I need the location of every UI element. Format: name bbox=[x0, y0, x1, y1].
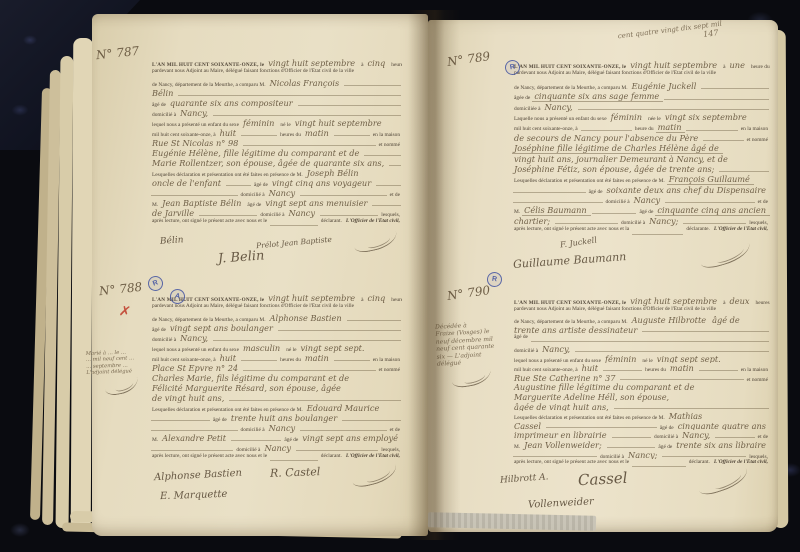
printed-text: né le bbox=[640, 358, 654, 364]
handwritten-text: vingt huit septembre bbox=[628, 60, 721, 70]
blank-rule bbox=[178, 93, 401, 96]
acte-line: M.Jean Baptiste Bélinâgé devingt sept an… bbox=[150, 198, 402, 208]
blank-rule bbox=[296, 448, 378, 451]
blank-rule bbox=[389, 163, 401, 166]
acte-line: domicilié àNancy, bbox=[150, 333, 402, 343]
printed-text: domicilié à bbox=[150, 112, 178, 118]
printed-text: heure du bbox=[749, 64, 770, 70]
acte-line: Augustine fille légitime du comparant et… bbox=[512, 382, 770, 392]
handwritten-text: Augustine fille légitime du comparant et… bbox=[512, 382, 698, 392]
handwritten-text: matin bbox=[656, 122, 686, 132]
signature: Vollenweider bbox=[528, 496, 594, 510]
handwritten-text: de Jarville bbox=[150, 208, 198, 218]
acte-line: Marguerite Adeline Héll, son épouse, bbox=[512, 392, 770, 402]
handwritten-text: vingt huit septembre bbox=[628, 296, 721, 306]
printed-text: âgé de bbox=[211, 417, 229, 423]
printed-text: déclarant. bbox=[319, 218, 344, 224]
printed-text: L'Officier de l'État civil, bbox=[344, 453, 402, 459]
printed-text: M. bbox=[512, 209, 522, 215]
acte-line: de Nancy, département de la Meurthe, a c… bbox=[512, 81, 770, 91]
handwritten-text: Bélin bbox=[150, 88, 177, 98]
acte-line: âgé desoixante deux ans chef du Dispensa… bbox=[512, 185, 770, 195]
acte-line: Rue Ste Catherine n° 37et nommé bbox=[512, 373, 770, 383]
handwritten-text: Jean Baptiste Bélin bbox=[160, 198, 245, 208]
acte-line: âgée decinquante six ans sage femme bbox=[512, 91, 770, 101]
acte-line: Eugénie Hélène, fille légitime du compar… bbox=[150, 148, 402, 158]
handwritten-text: Nancy bbox=[267, 423, 300, 433]
handwritten-text: Félicité Marguerite Résard, son épouse, … bbox=[150, 383, 345, 393]
acte-line: Rue St Nicolas n° 98et nommé bbox=[150, 138, 402, 148]
printed-text: et de bbox=[388, 192, 402, 198]
printed-text: L'Officier de l'État civil, bbox=[712, 226, 770, 232]
blank-rule bbox=[231, 438, 281, 441]
printed-text: après lecture, ont signé le présent acte… bbox=[512, 459, 631, 465]
blank-rule bbox=[555, 221, 618, 224]
signature-paraphe bbox=[353, 232, 399, 255]
handwritten-text: vingt sept ans menuisier bbox=[263, 198, 371, 208]
acte-line: pardevant nous Adjoint au Maire, délégué… bbox=[512, 70, 770, 80]
handwritten-text: quarante six ans compositeur bbox=[168, 98, 297, 108]
acte-line: Laquelle nous a présenté un enfant du se… bbox=[512, 112, 770, 122]
blank-rule bbox=[298, 103, 401, 106]
signature: Hilbrott A. bbox=[500, 472, 549, 485]
handwritten-text: Nancy, bbox=[178, 108, 212, 118]
book-scan: cent quatre vingt dix sept mil 147 L'AN … bbox=[0, 0, 800, 552]
acte-line: Joséphine Fétiz, son épouse, âgée de tre… bbox=[512, 164, 770, 174]
signature-paraphe bbox=[351, 465, 399, 490]
printed-text: pardevant nous Adjoint au Maire, délégué… bbox=[512, 70, 718, 76]
signature: Guillaume Baumann bbox=[513, 250, 627, 271]
handwritten-text: de vingt huit ans, bbox=[150, 393, 228, 403]
handwritten-text: cinq bbox=[366, 293, 390, 303]
blank-rule bbox=[701, 86, 769, 89]
handwritten-text: Rue St Nicolas n° 98 bbox=[150, 138, 242, 148]
handwritten-text: cinq bbox=[366, 58, 390, 68]
acte-787-body: L'AN MIL HUIT CENT SOIXANTE-ONZE, leving… bbox=[150, 58, 402, 228]
acte-line: âgé devingt sept ans boulanger bbox=[150, 323, 402, 333]
printed-text: après lecture, ont signé le présent acte… bbox=[150, 453, 269, 459]
signature-paraphe bbox=[697, 468, 751, 497]
handwritten-text: féminin bbox=[609, 112, 646, 122]
printed-text: domicilié à bbox=[512, 348, 540, 354]
acte-line: de Nancy, département de la Meurthe, a c… bbox=[512, 315, 770, 325]
blank-rule bbox=[320, 213, 378, 216]
printed-text: en la maison bbox=[371, 132, 402, 138]
acte-line: domicilié àNancyet de bbox=[512, 195, 770, 205]
blank-rule bbox=[513, 190, 586, 193]
signature: J. Belin bbox=[218, 248, 265, 266]
acte-line: pardevant nous Adjoint au Maire, délégué… bbox=[150, 68, 402, 78]
acte-line: M.Jean Vollenweider;âgé detrente six ans… bbox=[512, 440, 770, 450]
blank-rule bbox=[151, 418, 210, 421]
handwritten-text: matin bbox=[668, 363, 698, 373]
signatures: Alphonse BastienR. CastelE. Marquette bbox=[152, 462, 402, 514]
acte-line: Charles Marie, fils légitime du comparan… bbox=[150, 373, 402, 383]
printed-text: âgé de bbox=[587, 189, 605, 195]
printed-text: domicilié à bbox=[150, 337, 178, 343]
handwritten-text: Nicolas François bbox=[268, 78, 344, 88]
handwritten-text: vingt huit septembre bbox=[266, 58, 359, 68]
handwritten-text: Joséphine Fétiz, son épouse, âgée de tre… bbox=[512, 164, 718, 174]
printed-text: née le bbox=[646, 116, 663, 122]
acte-line: Bélin bbox=[150, 88, 402, 98]
printed-text: pardevant nous Adjoint au Maire, délégué… bbox=[150, 303, 356, 309]
blank-rule bbox=[531, 339, 769, 342]
acte-line: mil huit cent soixante-onze, àhuitheures… bbox=[150, 128, 402, 138]
blank-rule bbox=[578, 107, 769, 110]
acte-line: vingt huit ans, journalier Demeurant à N… bbox=[512, 154, 770, 164]
handwritten-text: Nancy; bbox=[626, 450, 661, 460]
handwritten-text: Marguerite Adeline Héll, son épouse, bbox=[512, 392, 673, 402]
acte-790-body: L'AN MIL HUIT CENT SOIXANTE-ONZE, leving… bbox=[512, 296, 770, 469]
signatures: BélinPrélot Jean BaptisteJ. Belin bbox=[158, 230, 402, 276]
acte-line: oncle de l'enfantâgé devingt cinq ans vo… bbox=[150, 178, 402, 188]
handwritten-text: trente ans artiste dessinateur bbox=[512, 325, 641, 335]
printed-text: Laquelle nous a présenté un enfant du se… bbox=[512, 116, 609, 122]
handwritten-text: féminin bbox=[603, 354, 640, 364]
printed-text: après lecture, ont signé le présent acte… bbox=[512, 226, 631, 232]
handwritten-text: vingt sept sept. bbox=[655, 354, 725, 364]
handwritten-text: matin bbox=[303, 128, 333, 138]
acte-line: domicilié àNancyet de bbox=[150, 188, 402, 198]
printed-text: déclarant. bbox=[319, 453, 344, 459]
blank-rule bbox=[334, 358, 370, 361]
printed-text: né le bbox=[284, 347, 298, 353]
signature: Prélot Jean Baptiste bbox=[256, 235, 333, 251]
handwritten-text: Joseph Bélin bbox=[305, 168, 363, 178]
blank-rule bbox=[699, 368, 738, 371]
handwritten-text: Mathias bbox=[667, 411, 707, 421]
signatures: F. JuckellGuillaume Baumann bbox=[505, 238, 765, 292]
printed-text: heures du bbox=[389, 62, 402, 68]
acte-789-body: L'AN MIL HUIT CENT SOIXANTE-ONZE, leving… bbox=[512, 60, 770, 237]
acte-line: après lecture, ont signé le présent acte… bbox=[512, 226, 770, 236]
acte-line: âgé detrente huit ans boulanger bbox=[150, 413, 402, 423]
handwritten-text: chartier; bbox=[512, 216, 554, 226]
acte-line: Lesquelles déclaration et présentation o… bbox=[150, 168, 402, 178]
blank-rule bbox=[614, 406, 769, 409]
blank-rule bbox=[270, 458, 318, 461]
acte-line: lequel nous a présenté un enfant du sexe… bbox=[150, 118, 402, 128]
margin-note: Marié à … le …… mil neuf cent …… septemb… bbox=[86, 349, 147, 377]
handwritten-text: vingt six septembre bbox=[663, 112, 751, 122]
printed-text: et nommé bbox=[377, 142, 402, 148]
printed-text: déclarant. bbox=[687, 459, 712, 465]
acte-line: pardevant nous Adjoint au Maire, délégué… bbox=[512, 306, 770, 316]
blank-rule bbox=[243, 143, 375, 146]
blank-rule bbox=[683, 221, 746, 224]
handwritten-text: huit bbox=[218, 353, 240, 363]
handwritten-text: masculin bbox=[241, 343, 284, 353]
acte-line: après lecture, ont signé le présent acte… bbox=[150, 218, 402, 228]
handwritten-text: Charles Marie, fils légitime du comparan… bbox=[150, 373, 353, 383]
printed-text: de Nancy, département de la Meurthe, a c… bbox=[512, 85, 630, 91]
blank-rule bbox=[703, 138, 743, 141]
printed-text: lesquels, bbox=[747, 220, 770, 226]
acte-line: domicilié àNancy, bbox=[512, 344, 770, 354]
acte-788-body: L'AN MIL HUIT CENT SOIXANTE-ONZE, leving… bbox=[150, 293, 402, 463]
handwritten-text: Nancy, bbox=[680, 430, 714, 440]
printed-text: Lesquelles déclaration et présentation o… bbox=[512, 178, 667, 184]
printed-text: en la maison bbox=[739, 126, 770, 132]
handwritten-text: matin bbox=[303, 353, 333, 363]
printed-text: L'Officier de l'État civil, bbox=[344, 218, 402, 224]
acte-line: Lesquelles déclaration et présentation o… bbox=[150, 403, 402, 413]
acte-line: lequel nous a présenté un enfant du sexe… bbox=[150, 343, 402, 353]
blank-rule bbox=[376, 183, 401, 186]
acte-line: mil huit cent soixante-onze, àheure duma… bbox=[512, 122, 770, 132]
handwritten-text: Edouard Maurice bbox=[305, 403, 384, 413]
acte-line: Marie Rollentzer, son épouse, âgée de qu… bbox=[150, 158, 402, 168]
handwritten-text: huit bbox=[218, 128, 240, 138]
acte-line: âgé dequarante six ans compositeur bbox=[150, 98, 402, 108]
blank-rule bbox=[372, 203, 401, 206]
printed-text: né le bbox=[278, 122, 292, 128]
handwritten-text: Rue Ste Catherine n° 37 bbox=[512, 373, 619, 383]
handwritten-text: Alphonse Bastien bbox=[268, 313, 346, 323]
handwritten-text: vingt huit septembre bbox=[266, 293, 359, 303]
handwritten-text: vingt sept ans employé bbox=[300, 433, 402, 443]
handwritten-text: une bbox=[728, 60, 749, 70]
blank-rule bbox=[270, 223, 318, 226]
blank-rule bbox=[151, 193, 238, 196]
acte-line: imprimeur en librairiedomicilié àNancy,e… bbox=[512, 430, 770, 440]
handwritten-text: vingt sept sept. bbox=[299, 343, 369, 353]
blank-rule bbox=[344, 83, 401, 86]
signature: F. Juckell bbox=[560, 235, 598, 249]
acte-line: de secours de Nancy pour l'absence du Pè… bbox=[512, 133, 770, 143]
handwritten-text: vingt sept ans boulanger bbox=[168, 323, 277, 333]
blank-rule bbox=[513, 454, 597, 457]
blank-rule bbox=[632, 232, 683, 235]
blank-rule bbox=[241, 358, 277, 361]
handwritten-text: féminin bbox=[241, 118, 278, 128]
acte-line: L'AN MIL HUIT CENT SOIXANTE-ONZE, leving… bbox=[150, 58, 402, 68]
printed-text: et nommé bbox=[745, 137, 770, 143]
handwritten-text: cinquante quatre ans bbox=[676, 421, 770, 431]
handwritten-text: Nancy, bbox=[543, 102, 577, 112]
handwritten-text: de secours de Nancy pour l'absence du Pè… bbox=[512, 133, 702, 143]
acte-line: Lesquelles déclaration et présentation o… bbox=[512, 174, 770, 184]
handwritten-text: Joséphine fille légitime de Charles Hélè… bbox=[512, 143, 723, 153]
acte-line: L'AN MIL HUIT CENT SOIXANTE-ONZE, leving… bbox=[512, 60, 770, 70]
acte-line: âgé de bbox=[512, 334, 770, 344]
acte-line: M.Célis Baumannâgé decinquante cinq ans … bbox=[512, 205, 770, 215]
blank-rule bbox=[642, 329, 769, 332]
blank-rule bbox=[664, 97, 769, 100]
handwritten-text: Auguste Hilbrotte bbox=[630, 315, 711, 325]
handwritten-text: huit bbox=[580, 363, 602, 373]
handwritten-text: Place St Epvre n° 24 bbox=[150, 363, 242, 373]
handwritten-text: Célis Baumann bbox=[522, 205, 591, 215]
handwritten-text: soixante deux ans chef du Dispensaire bbox=[605, 185, 770, 195]
signature: E. Marquette bbox=[160, 489, 228, 502]
blank-rule bbox=[334, 133, 370, 136]
handwritten-text: Cassel bbox=[512, 421, 545, 431]
handwritten-text: Eugénie Juckell bbox=[630, 81, 701, 91]
acte-line: L'AN MIL HUIT CENT SOIXANTE-ONZE, leving… bbox=[512, 296, 770, 306]
printed-text: domicilié à bbox=[619, 220, 647, 226]
printed-text: âgé de bbox=[637, 209, 655, 215]
handwritten-text: Alexandre Petit bbox=[160, 433, 230, 443]
handwritten-text: âgée de vingt huit ans, bbox=[512, 402, 613, 412]
blank-rule bbox=[364, 153, 401, 156]
blank-rule bbox=[278, 328, 401, 331]
handwritten-text: âgé de bbox=[710, 315, 744, 325]
blank-rule bbox=[592, 211, 637, 214]
printed-text: L'AN MIL HUIT CENT SOIXANTE-ONZE, le bbox=[512, 64, 628, 70]
blank-rule bbox=[607, 445, 656, 448]
printed-text: en la maison bbox=[371, 357, 402, 363]
signature: Alphonse Bastien bbox=[154, 468, 242, 484]
signature: Bélin bbox=[160, 235, 184, 247]
printed-text: domicilié à bbox=[604, 199, 632, 205]
printed-text: L'Officier de l'État civil, bbox=[712, 459, 770, 465]
blank-rule bbox=[620, 377, 743, 380]
handwritten-text: Nancy bbox=[262, 443, 295, 453]
handwritten-text: Nancy; bbox=[647, 216, 682, 226]
acte-line: mil huit cent soixante-onze, àhuitheures… bbox=[150, 353, 402, 363]
printed-text: et nommé bbox=[745, 377, 770, 383]
blank-rule bbox=[603, 368, 642, 371]
blank-rule bbox=[300, 428, 387, 431]
printed-text: âgée de bbox=[512, 95, 532, 101]
acte-line: domicilié àNancy, bbox=[150, 108, 402, 118]
acte-line: Casselâgé decinquante quatre ans bbox=[512, 421, 770, 431]
acte-line: âgée de vingt huit ans, bbox=[512, 402, 770, 412]
printed-text: et nommé bbox=[377, 367, 402, 373]
handwritten-text: cinquante cinq ans ancien bbox=[655, 205, 770, 215]
printed-text: en la maison bbox=[739, 367, 770, 373]
handwritten-text: vingt huit ans, journalier Demeurant à N… bbox=[512, 154, 732, 164]
acte-line: domiciliée àNancy, bbox=[512, 102, 770, 112]
acte-line: mil huit cent soixante-onze, àhuitheures… bbox=[512, 363, 770, 373]
printed-text: M. bbox=[512, 444, 522, 450]
printed-text: heures du bbox=[278, 132, 303, 138]
blank-rule bbox=[715, 435, 754, 438]
handwritten-text: vingt huit septembre bbox=[293, 118, 386, 128]
acte-line: domicilié àNancyet de bbox=[150, 423, 402, 433]
printed-text: mil huit cent soixante-onze, à bbox=[512, 126, 580, 132]
handwritten-text: Nancy, bbox=[178, 333, 212, 343]
printed-text: et de bbox=[756, 199, 770, 205]
handwritten-text: Jean Vollenweider; bbox=[522, 440, 606, 450]
acte-line: chartier;domicilié àNancy;lesquels, bbox=[512, 216, 770, 226]
blank-rule bbox=[612, 435, 651, 438]
acte-line: domicilié àNancy;lesquels, bbox=[512, 450, 770, 460]
handwritten-text: Marie Rollentzer, son épouse, âgée de qu… bbox=[150, 158, 388, 168]
signature: R. Castel bbox=[270, 465, 321, 480]
blank-rule bbox=[686, 128, 737, 131]
printed-text: heures du bbox=[389, 297, 402, 303]
blank-rule bbox=[151, 448, 233, 451]
printed-text: âgé de bbox=[512, 334, 530, 340]
printed-text: heure du bbox=[633, 126, 656, 132]
acte-line: M.Alexandre Petitâgé devingt sept ans em… bbox=[150, 433, 402, 443]
signature: Cassel bbox=[578, 469, 628, 490]
acte-line: Place St Epvre n° 24et nommé bbox=[150, 363, 402, 373]
blank-rule bbox=[241, 133, 277, 136]
printed-text: âgé de bbox=[658, 425, 676, 431]
blank-rule bbox=[342, 418, 401, 421]
handwritten-text: vingt cinq ans voyageur bbox=[270, 178, 375, 188]
blank-rule bbox=[213, 338, 401, 341]
blank-rule bbox=[199, 213, 257, 216]
printed-text: âgé de bbox=[150, 327, 168, 333]
printed-text: âgé de bbox=[245, 202, 263, 208]
handwritten-text: Nancy bbox=[286, 208, 319, 218]
handwritten-text: Eugénie Hélène, fille légitime du compar… bbox=[150, 148, 363, 158]
margin-note: Décédée àFraize (Vosges) leneuf décembre… bbox=[435, 320, 505, 368]
printed-text: pardevant nous Adjoint au Maire, délégué… bbox=[512, 306, 718, 312]
printed-text: heures du bbox=[278, 357, 303, 363]
printed-text: déclarante. bbox=[684, 226, 712, 232]
printed-text: pardevant nous Adjoint au Maire, délégué… bbox=[150, 68, 356, 74]
acte-line: domicilié àNancylesquels, bbox=[150, 443, 402, 453]
handwritten-text: deux bbox=[728, 296, 754, 306]
printed-text: âgé de bbox=[150, 102, 168, 108]
handwritten-text: trente huit ans boulanger bbox=[229, 413, 341, 423]
blank-rule bbox=[151, 428, 238, 431]
acte-line: Lesquelles déclaration et présentation o… bbox=[512, 411, 770, 421]
acte-line: trente ans artiste dessinateur bbox=[512, 325, 770, 335]
handwritten-text: imprimeur en librairie bbox=[512, 430, 611, 440]
acte-line: pardevant nous Adjoint au Maire, délégué… bbox=[150, 303, 402, 313]
handwritten-text: Nancy bbox=[267, 188, 300, 198]
printed-text: domiciliée à bbox=[512, 106, 543, 112]
page-edge-strip bbox=[71, 38, 94, 530]
blank-rule bbox=[575, 349, 769, 352]
acte-line: de Nancy, département de la Meurthe, a c… bbox=[150, 313, 402, 323]
acte-line: L'AN MIL HUIT CENT SOIXANTE-ONZE, leving… bbox=[150, 293, 402, 303]
acte-line: de Jarvilledomicilié àNancylesquels, bbox=[150, 208, 402, 218]
printed-text: heures du bbox=[754, 300, 770, 306]
printed-text: domicilié à bbox=[239, 427, 267, 433]
blank-rule bbox=[581, 128, 632, 131]
handwritten-text: trente six ans libraire bbox=[674, 440, 770, 450]
blank-rule bbox=[665, 200, 755, 203]
blank-rule bbox=[243, 368, 375, 371]
blank-rule bbox=[347, 318, 401, 321]
blank-rule bbox=[226, 183, 251, 186]
acte-line: Félicité Marguerite Résard, son épouse, … bbox=[150, 383, 402, 393]
signature-paraphe bbox=[699, 243, 753, 271]
handwritten-text: Nancy, bbox=[540, 344, 574, 354]
handwritten-text: cinquante six ans sage femme bbox=[532, 91, 663, 101]
blank-rule bbox=[632, 464, 686, 467]
acte-line: Joséphine fille légitime de Charles Hélè… bbox=[512, 143, 770, 153]
printed-text: M. bbox=[150, 437, 160, 443]
blank-rule bbox=[513, 200, 603, 203]
handwritten-text: François Guillaumé bbox=[667, 174, 754, 184]
blank-rule bbox=[300, 193, 387, 196]
printed-text: heures du bbox=[643, 367, 668, 373]
acte-line: de vingt huit ans, bbox=[150, 393, 402, 403]
handwritten-text: Nancy bbox=[632, 195, 665, 205]
blank-rule bbox=[719, 169, 769, 172]
blank-rule bbox=[662, 454, 746, 457]
blank-rule bbox=[213, 113, 401, 116]
handwritten-text: oncle de l'enfant bbox=[150, 178, 225, 188]
acte-line: lequel nous a présenté un enfant du sexe… bbox=[512, 354, 770, 364]
acte-line: de Nancy, département de la Meurthe, a c… bbox=[150, 78, 402, 88]
printed-text: après lecture, ont signé le présent acte… bbox=[150, 218, 269, 224]
blank-rule bbox=[229, 398, 401, 401]
blank-rule bbox=[546, 425, 657, 428]
